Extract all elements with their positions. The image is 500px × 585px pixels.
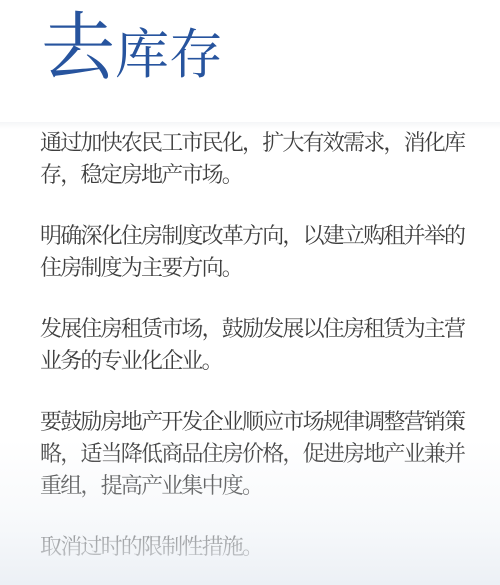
article-paragraph-1: 通过加快农民工市民化，扩大有效需求，消化库存，稳定房地产市场。 <box>40 127 472 191</box>
article-paragraph-5: 取消过时的限制性措施。 <box>40 531 472 563</box>
page-title-small-text: 库存 <box>115 25 223 85</box>
page-title-large-text: 去 <box>41 6 115 89</box>
article-paragraph-4: 要鼓励房地产开发企业顺应市场规律调整营销策略，适当降低商品住房价格，促进房地产业… <box>40 406 472 502</box>
article-card: 去库存 通过加快农民工市民化，扩大有效需求，消化库存，稳定房地产市场。 明确深化… <box>0 0 500 585</box>
article-paragraph-2: 明确深化住房制度改革方向，以建立购租并举的住房制度为主要方向。 <box>40 220 472 284</box>
article-paragraph-3: 发展住房租赁市场，鼓励发展以住房租赁为主营业务的专业化企业。 <box>40 313 472 377</box>
article-body: 通过加快农民工市民化，扩大有效需求，消化库存，稳定房地产市场。 明确深化住房制度… <box>40 127 472 563</box>
page-title: 去库存 <box>0 0 500 97</box>
